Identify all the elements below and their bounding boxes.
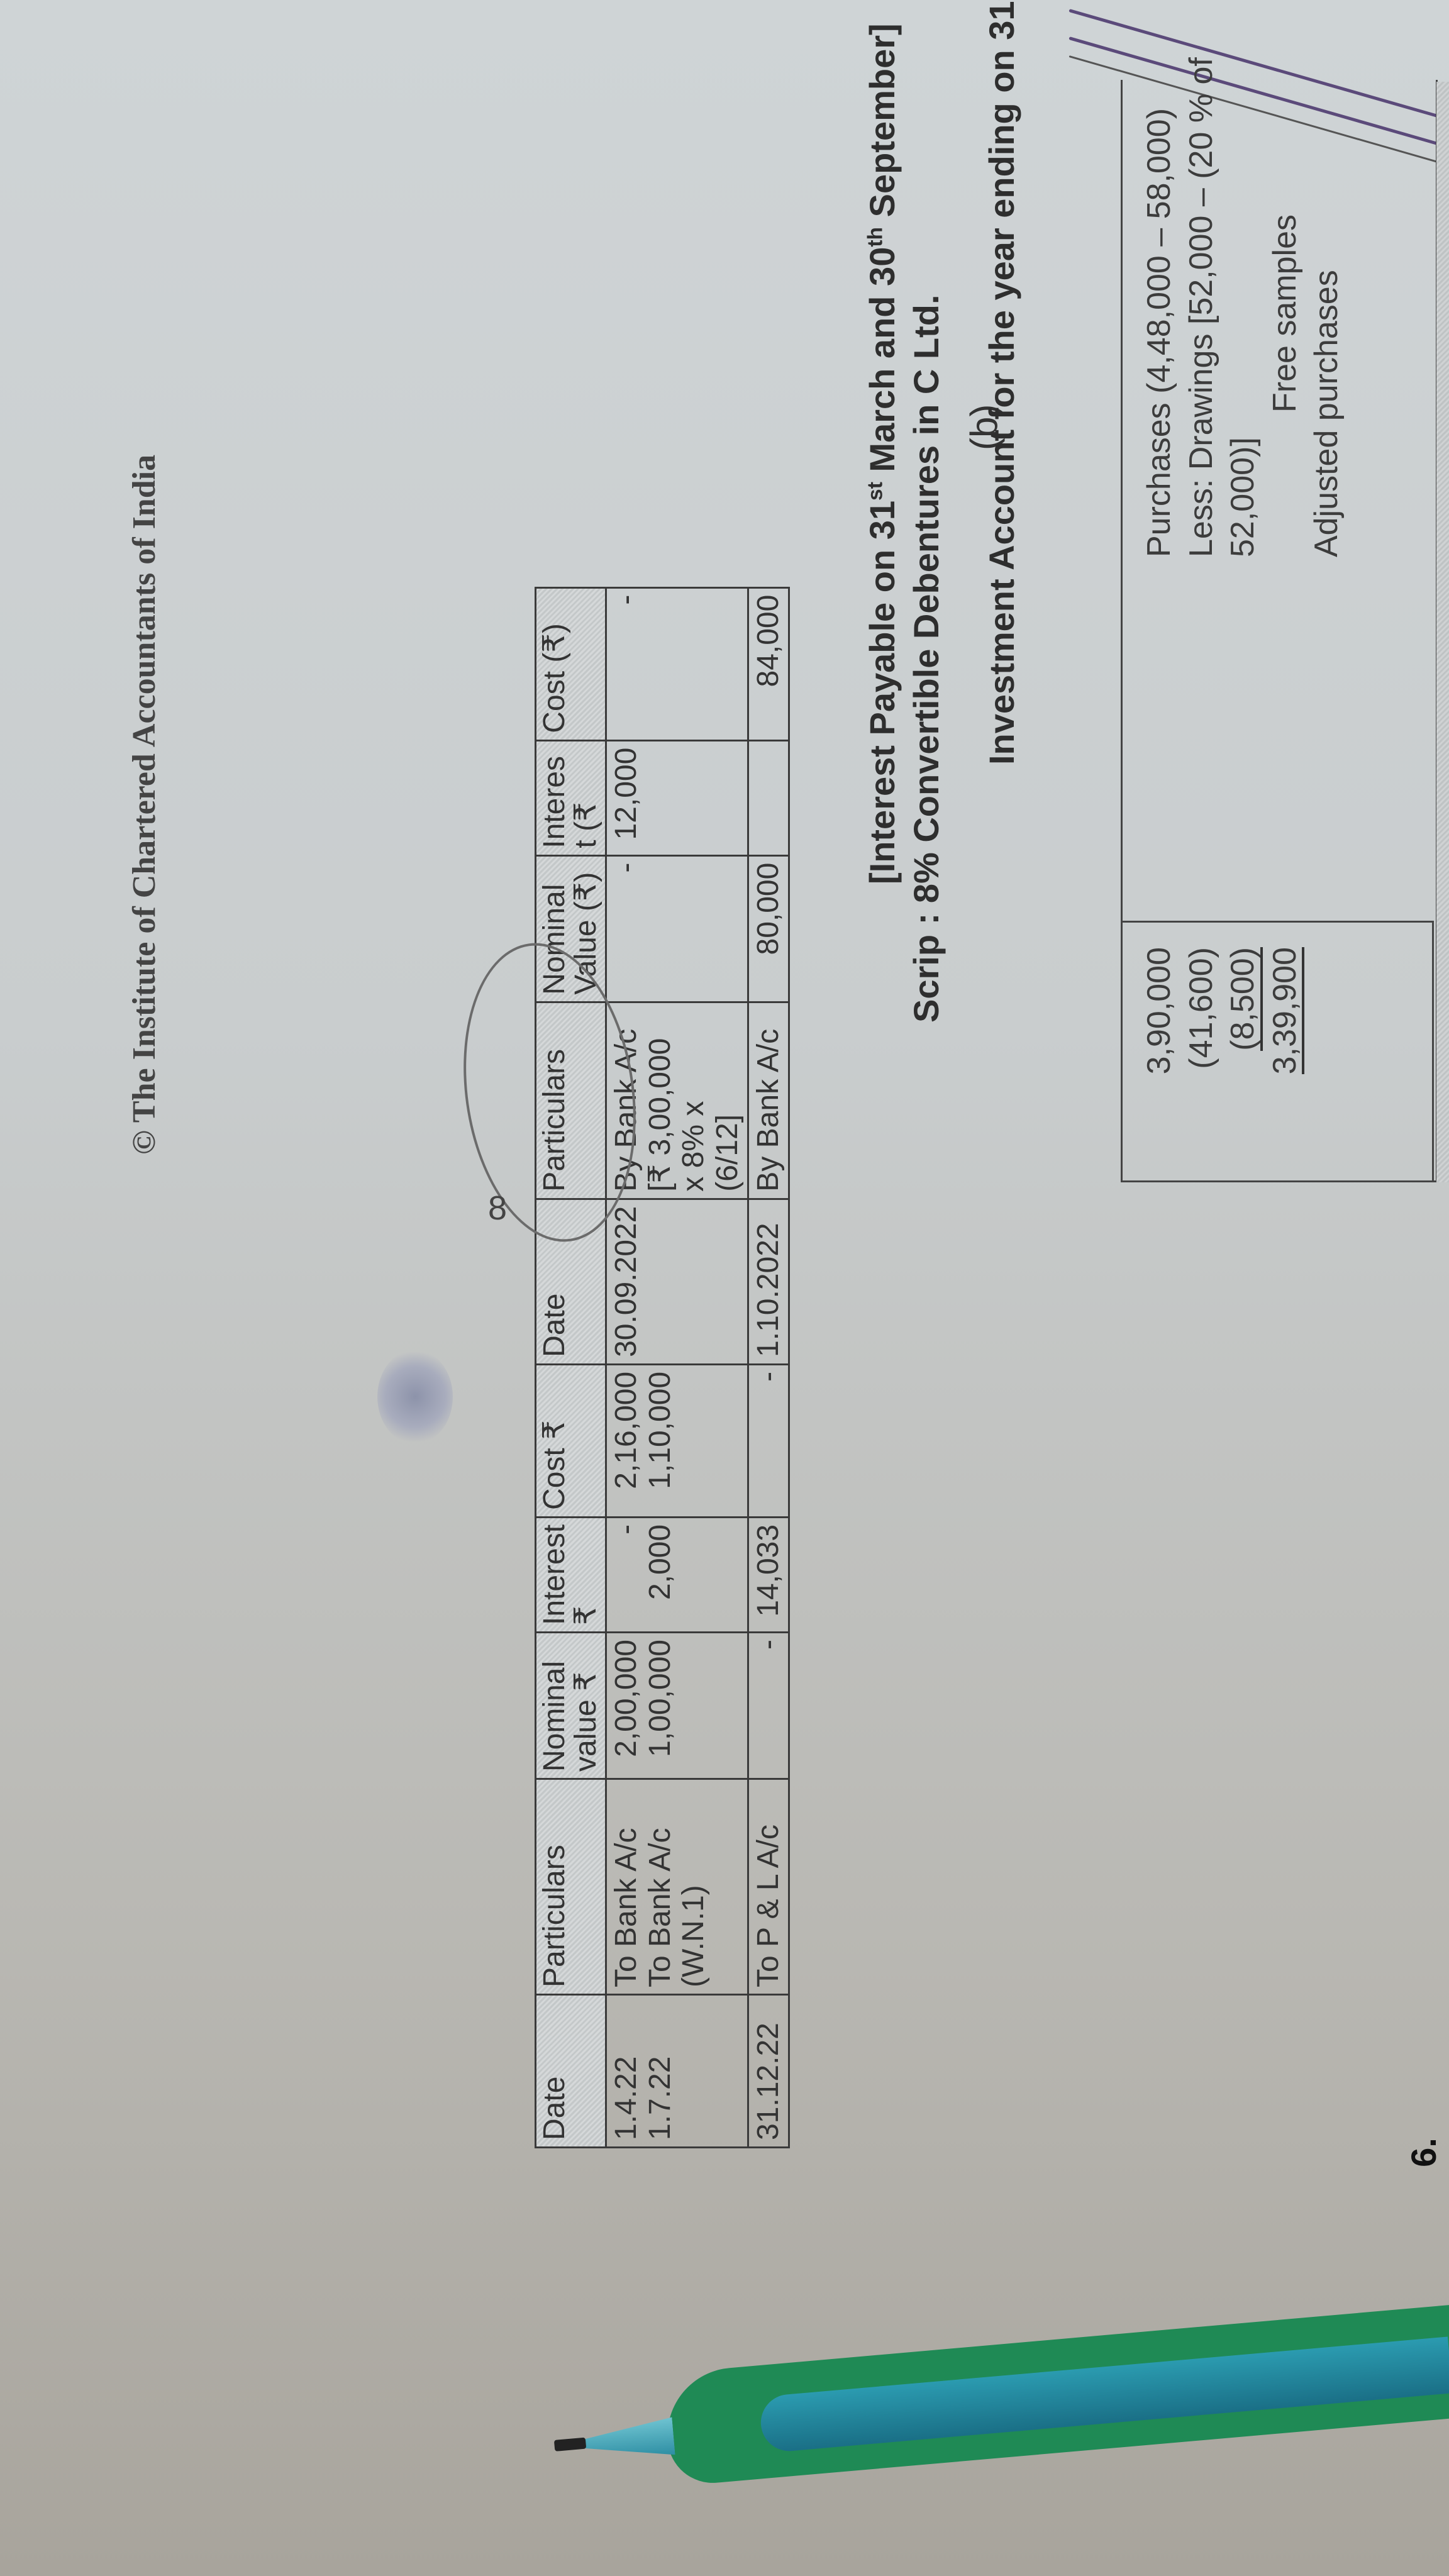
page-number: 8 — [488, 1189, 507, 1228]
credit-dates: 30.09.2022 — [606, 1199, 748, 1364]
debit-dates: 1.4.22 1.7.22 — [606, 1995, 748, 2148]
debit-particular: To Bank A/c — [643, 1786, 677, 1987]
document-page: Purchases (4,48,000 – 58,000) Less: Draw… — [0, 0, 1449, 2576]
credit-interest-value — [748, 740, 789, 855]
debit-cost: 2,16,000 1,10,000 — [606, 1364, 748, 1517]
footer-copyright: © The Institute of Chartered Accountants… — [126, 455, 163, 1155]
investment-account-ledger: Date Particulars Nominal value ₹ Interes… — [535, 587, 790, 2148]
header-interest-credit: Interes t (₹ — [536, 740, 606, 855]
shaded-column — [1436, 82, 1449, 1182]
header-cost-credit: Cost (₹) — [536, 587, 606, 740]
adjusted-purchases-rows: Purchases (4,48,000 – 58,000) Less: Draw… — [1138, 0, 1348, 557]
title-sup: st — [983, 0, 1006, 1]
amount-drawings: (41,600) — [1180, 947, 1223, 1167]
row-label: Adjusted purchases — [1308, 270, 1345, 557]
ink-smudge — [377, 1350, 453, 1444]
row-purchases: Purchases (4,48,000 – 58,000) — [1138, 0, 1180, 557]
scrip-title: Scrip : 8% Convertible Debentures in C L… — [906, 294, 947, 1023]
debit-particular: To P & L A/c — [748, 1779, 789, 1995]
interest-sup1: st — [863, 482, 887, 501]
pencil-lead — [554, 2438, 586, 2451]
credit-particular-calc: x 8% x — [677, 1009, 711, 1192]
debit-particulars: To Bank A/c To Bank A/c (W.N.1) — [606, 1779, 748, 1995]
credit-nominal-value: - — [609, 863, 643, 995]
credit-interest-value: 12,000 — [609, 748, 643, 848]
credit-interest: 12,000 — [606, 740, 748, 855]
debit-date: 1.4.22 — [609, 2002, 643, 2140]
interest-text-c: September] — [862, 23, 902, 227]
credit-particular-calc: (6/12] — [711, 1009, 745, 1192]
credit-cost: - — [606, 587, 748, 740]
account-title: Investment Account for the year ending o… — [981, 0, 1022, 765]
amount-free-samples-wrap: (8,500) — [1222, 947, 1264, 1167]
credit-date: 30.09.2022 — [609, 1206, 643, 1357]
credit-nominal: - — [606, 855, 748, 1002]
interest-sup2: th — [863, 227, 887, 247]
debit-nominal-value: 1,00,000 — [643, 1640, 677, 1772]
interest-text-b: March and 30 — [862, 247, 902, 482]
header-interest: Interest ₹ — [536, 1517, 606, 1632]
pencil-tip — [578, 2417, 675, 2463]
ledger-closing-row: 31.12.22 To P & L A/c - 14,033 - 1.10.20… — [748, 587, 789, 2147]
amounts: 3,90,000 (41,600) (8,500) 3,39,900 — [1138, 947, 1306, 1167]
credit-cost-value: - — [609, 595, 643, 733]
ledger-body-row: 1.4.22 1.7.22 To Bank A/c To Bank A/c (W… — [606, 587, 748, 2147]
amount-adjusted-wrap: 3,39,900 — [1264, 947, 1306, 1167]
header-date: Date — [536, 1995, 606, 2148]
ledger-header-row: Date Particulars Nominal value ₹ Interes… — [536, 587, 606, 2147]
credit-particular-calc: [₹ 3,00,000 — [643, 1009, 677, 1192]
row-free-samples: Free samples — [1264, 0, 1306, 557]
debit-interest: - 2,000 — [606, 1517, 748, 1632]
amount-adjusted: 3,39,900 — [1268, 947, 1305, 1074]
adjusted-purchases-amount-column — [1121, 1182, 1434, 1818]
amount-purchases: 3,90,000 — [1138, 947, 1180, 1167]
amount-free-samples: (8,500) — [1226, 947, 1263, 1051]
row-label: Less: Drawings [52,000 – (20 % of 52,000… — [1183, 57, 1262, 557]
interest-title: [Interest Payable on 31st March and 30th… — [862, 23, 902, 884]
header-nominal-value: Nominal value ₹ — [536, 1633, 606, 1779]
debit-date: 1.7.22 — [643, 2002, 677, 2140]
credit-date: 1.10.2022 — [748, 1199, 789, 1364]
debit-cost-value: 1,10,000 — [643, 1372, 677, 1510]
header-cost: Cost ₹ — [536, 1364, 606, 1517]
header-particulars: Particulars — [536, 1779, 606, 1995]
debit-nominal: 2,00,000 1,00,000 — [606, 1633, 748, 1779]
credit-nominal-value: 80,000 — [748, 855, 789, 1002]
debit-particular: To Bank A/c — [609, 1786, 643, 1987]
credit-cost-value: 84,000 — [748, 587, 789, 740]
row-label: Free samples — [1267, 214, 1303, 413]
credit-particular: By Bank A/c — [748, 1002, 789, 1199]
debit-interest-value: 2,000 — [643, 1524, 677, 1625]
debit-nominal-value: - — [748, 1633, 789, 1779]
debit-interest-value: - — [609, 1524, 643, 1625]
interest-text-a: [Interest Payable on 31 — [862, 501, 902, 884]
row-drawings: Less: Drawings [52,000 – (20 % of 52,000… — [1180, 0, 1264, 557]
debit-particular-note: (W.N.1) — [677, 1786, 711, 1987]
scrip-text: Scrip : 8% Convertible Debentures in C L… — [906, 294, 946, 1023]
title-text: Investment Account for the year ending o… — [982, 1, 1021, 765]
question-number-mark: 6. — [1403, 2138, 1444, 2167]
row-adjusted: Adjusted purchases — [1306, 0, 1348, 557]
row-label: Purchases (4,48,000 – 58,000) — [1141, 108, 1177, 557]
debit-date: 31.12.22 — [748, 1995, 789, 2148]
debit-cost-value: 2,16,000 — [609, 1372, 643, 1510]
debit-nominal-value: 2,00,000 — [609, 1640, 643, 1772]
debit-interest-value: 14,033 — [748, 1517, 789, 1632]
debit-cost-value: - — [748, 1364, 789, 1517]
